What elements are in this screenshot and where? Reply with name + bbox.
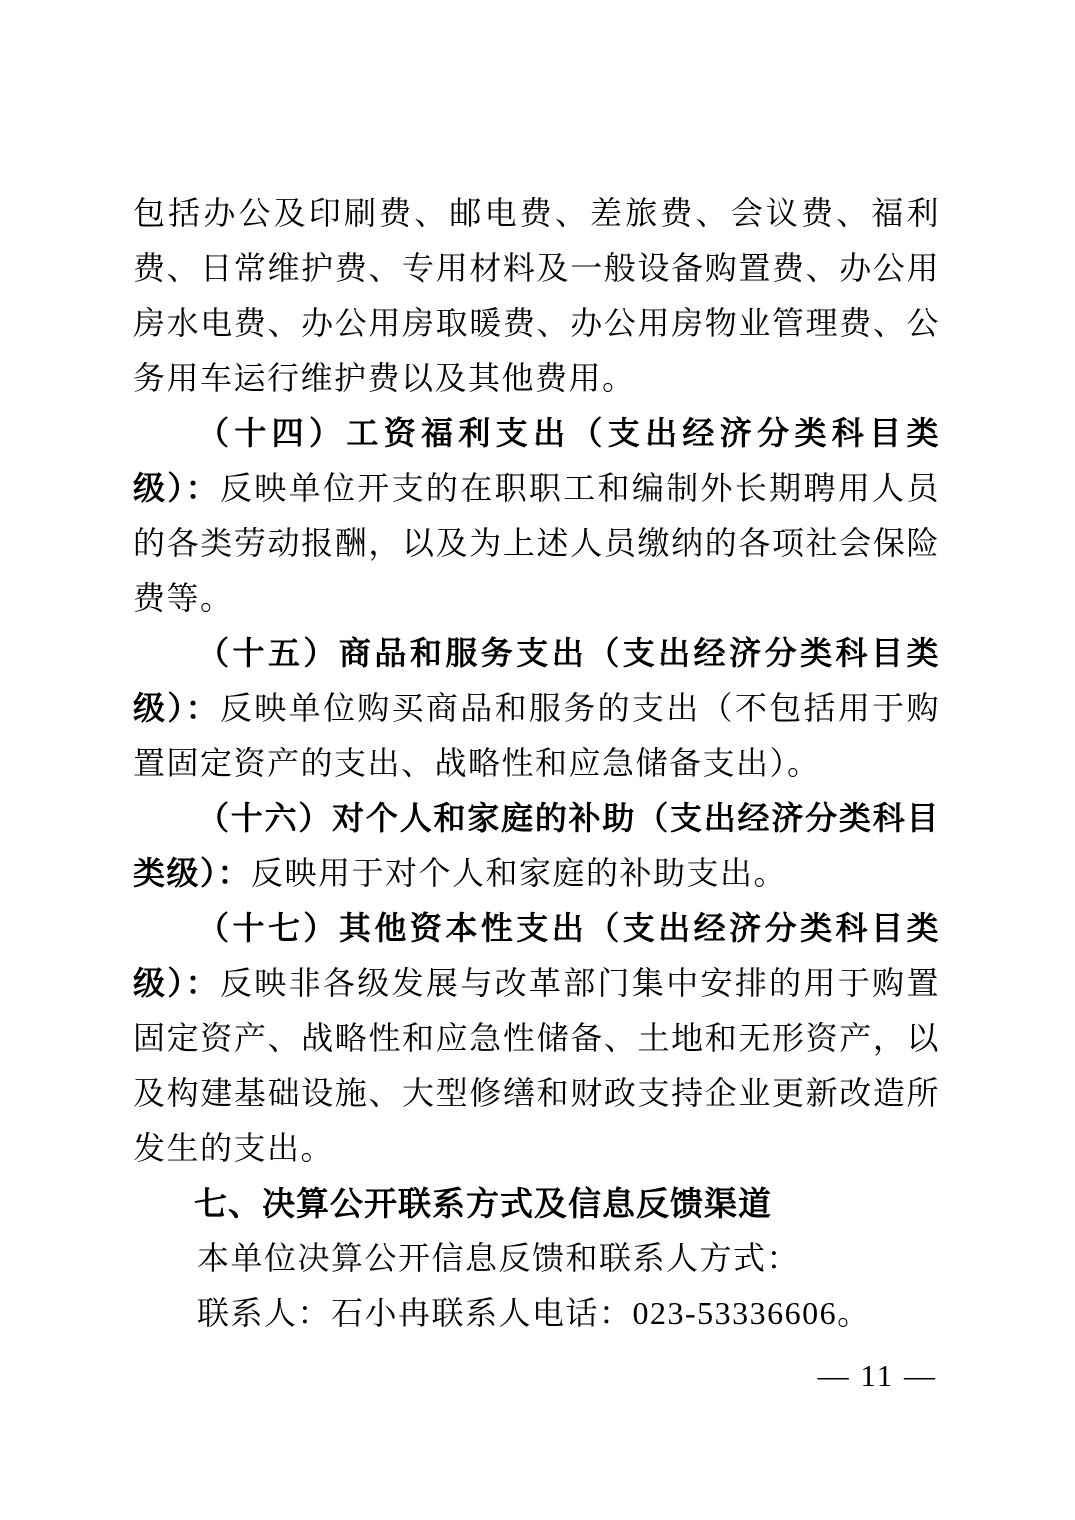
body-paragraph: （十七）其他资本性支出（支出经济分类科目类级）：反映非各级发展与改革部门集中安排…: [133, 901, 940, 1176]
paragraph-text: 反映非各级发展与改革部门集中安排的用于购置固定资产、战略性和应急性储备、土地和无…: [133, 965, 940, 1166]
section-heading: 七、决算公开联系方式及信息反馈渠道: [133, 1176, 940, 1231]
paragraph-text: 反映单位开支的在职职工和编制外长期聘用人员的各类劳动报酬，以及为上述人员缴纳的各…: [133, 470, 940, 616]
body-paragraph: （十五）商品和服务支出（支出经济分类科目类级）：反映单位购买商品和服务的支出（不…: [133, 626, 940, 791]
body-paragraph: （十六）对个人和家庭的补助（支出经济分类科目类级）：反映用于对个人和家庭的补助支…: [133, 791, 940, 901]
contact-detail-line: 联系人：石小冉联系人电话：023-53336606。: [133, 1286, 940, 1341]
paragraph-text: 反映单位购买商品和服务的支出（不包括用于购置固定资产的支出、战略性和应急储备支出…: [133, 690, 940, 781]
paragraph-text: 反映用于对个人和家庭的补助支出。: [251, 855, 787, 891]
contact-intro-line: 本单位决算公开信息反馈和联系人方式：: [133, 1231, 940, 1286]
document-page: 包括办公及印刷费、邮电费、差旅费、会议费、福利费、日常维护费、专用材料及一般设备…: [0, 0, 1075, 1520]
page-number: — 11 —: [818, 1356, 937, 1396]
body-paragraph: （十四）工资福利支出（支出经济分类科目类级）：反映单位开支的在职职工和编制外长期…: [133, 406, 940, 626]
body-paragraph: 包括办公及印刷费、邮电费、差旅费、会议费、福利费、日常维护费、专用材料及一般设备…: [133, 186, 940, 406]
paragraph-text: 包括办公及印刷费、邮电费、差旅费、会议费、福利费、日常维护费、专用材料及一般设备…: [133, 195, 940, 396]
